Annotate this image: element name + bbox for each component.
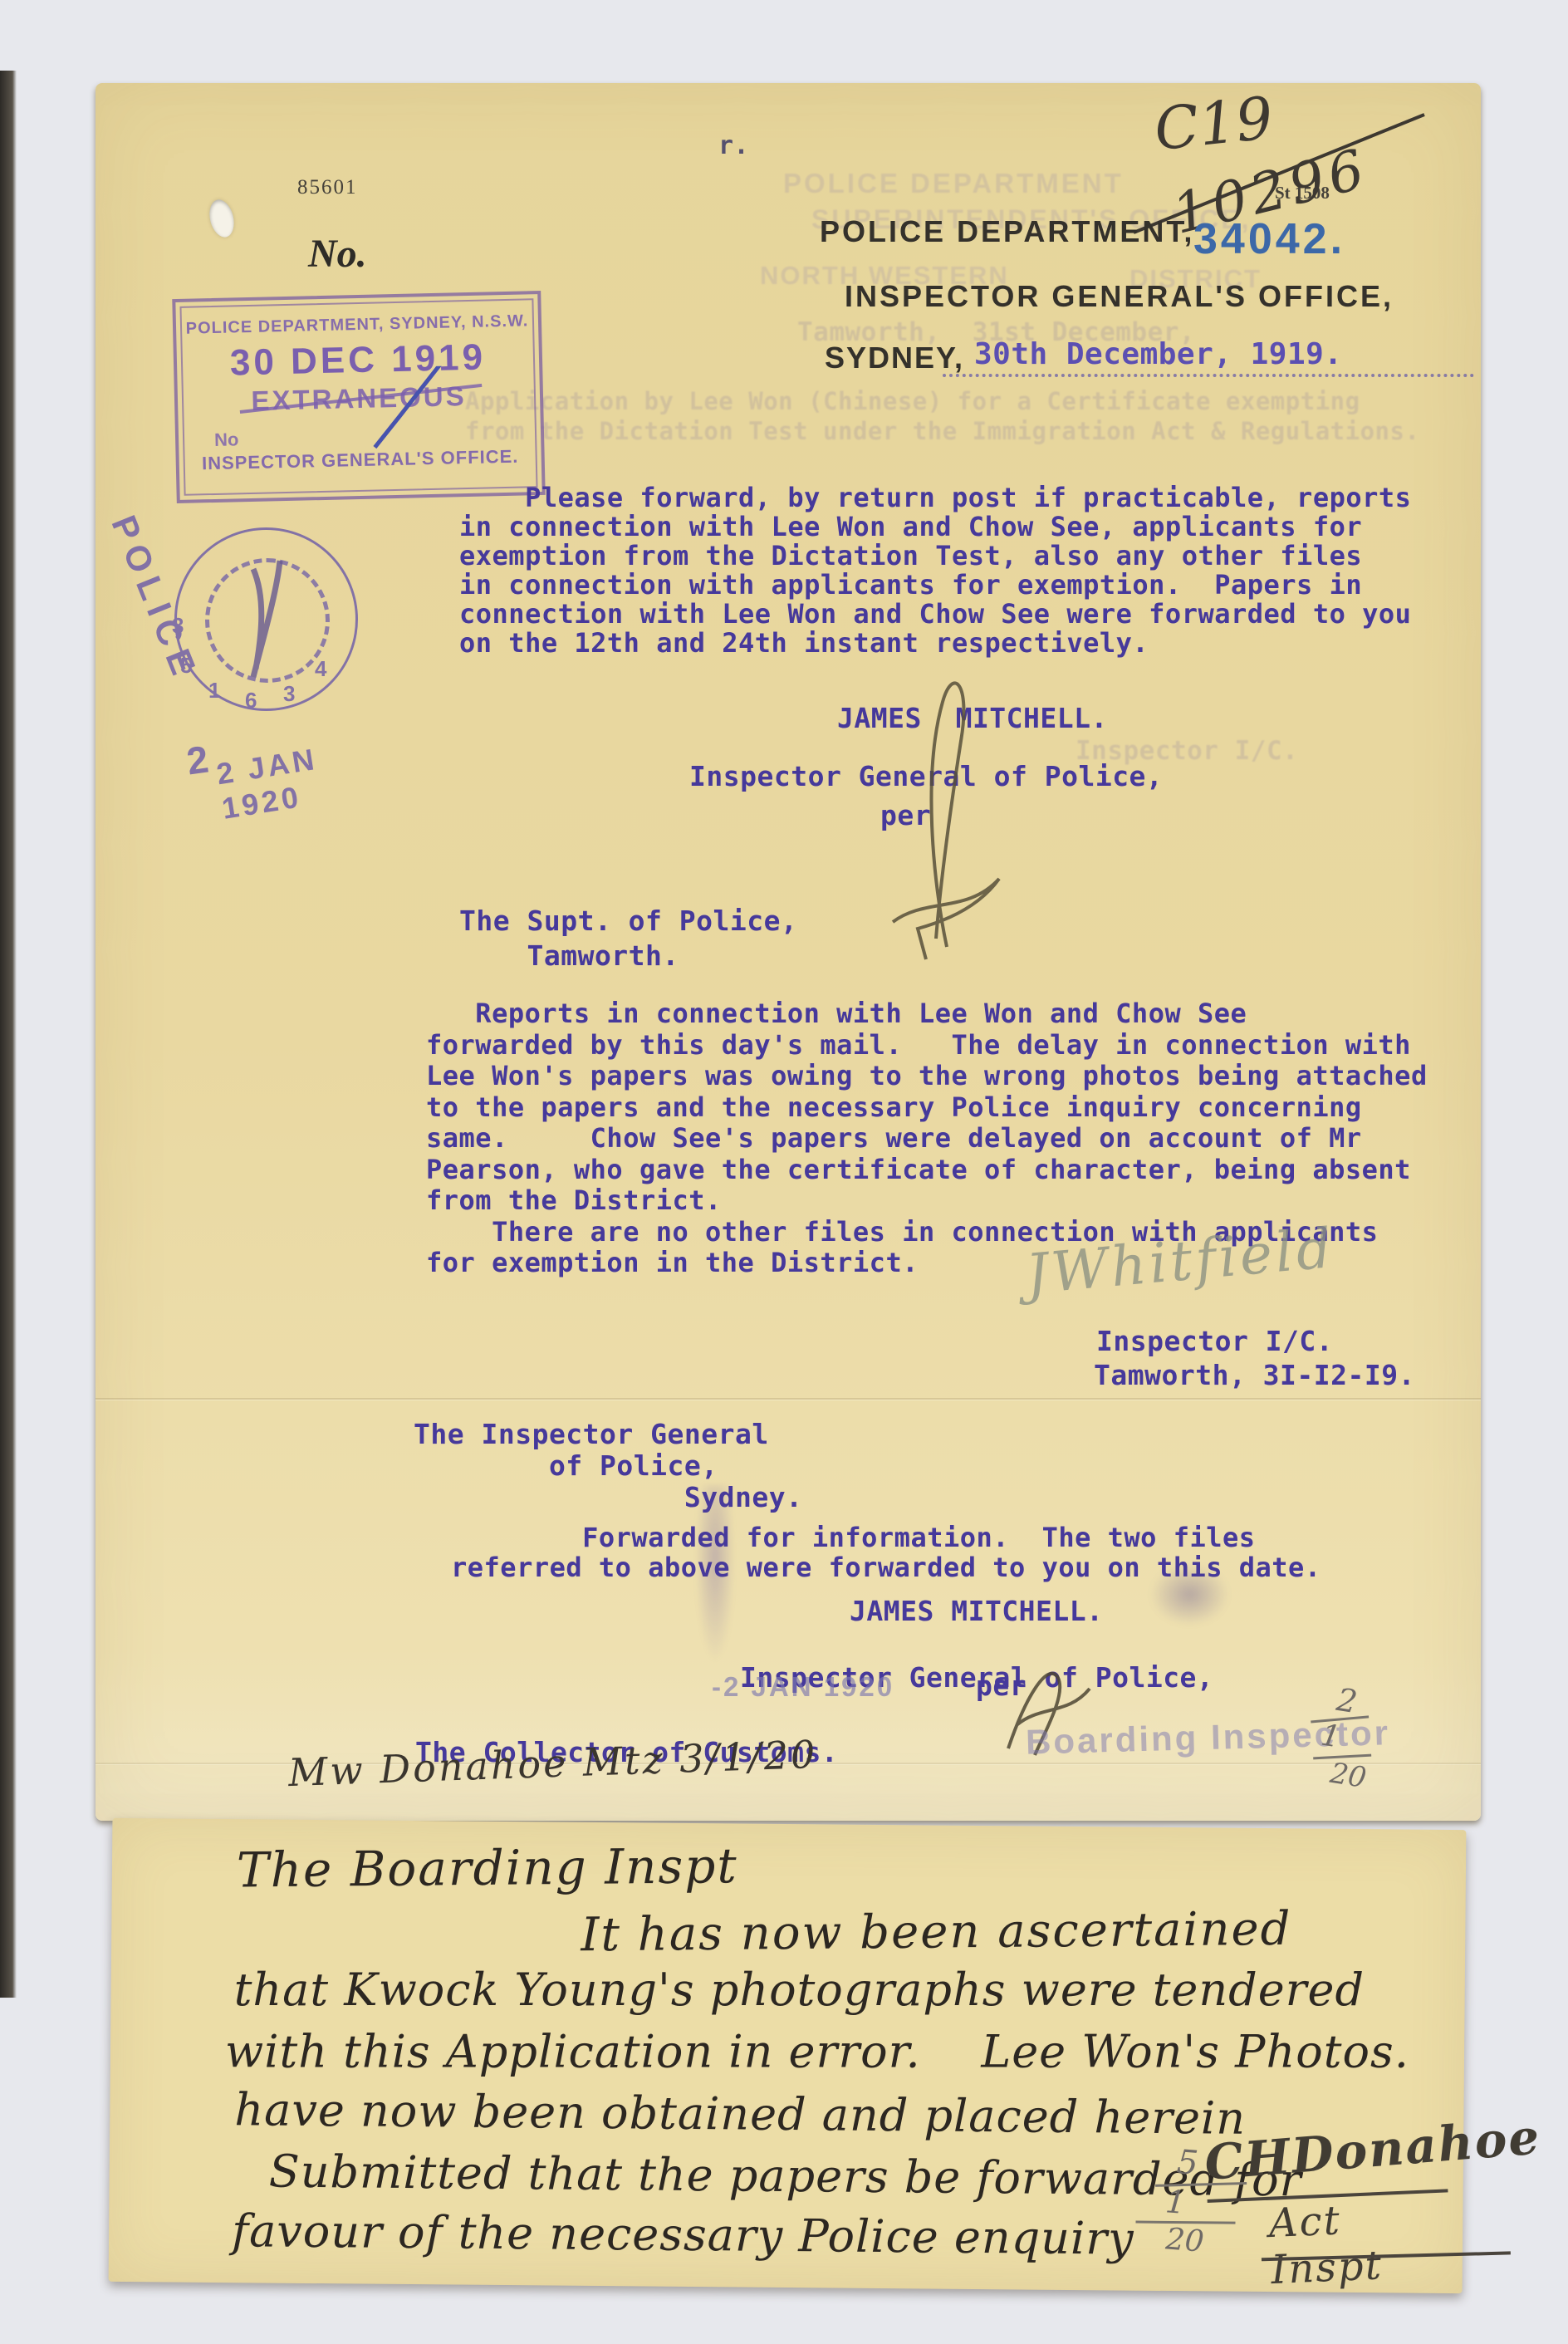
donahoe-signature: CHDonahoe xyxy=(1203,2108,1543,2191)
jan-2-1920-stamp: -2 JAN 1920 xyxy=(712,1671,894,1703)
dial-digit: 5 xyxy=(180,653,192,679)
received-stamp-extraneous-wrap: EXTRANEOUS xyxy=(251,380,467,417)
dial-stamp-date: 2 JAN 1920 xyxy=(214,728,407,826)
dial-stamp-big2: 2 xyxy=(184,736,211,783)
inspector-ic-title: Inspector I/C. xyxy=(1096,1325,1333,1357)
case-number: 34042. xyxy=(1193,214,1345,264)
ghost-line: POLICE DEPARTMENT xyxy=(783,168,1124,199)
scanned-document-screenshot: { "colors": { "paper": "#e9d9a2", "paper… xyxy=(0,0,1568,2344)
dial-digit: 3 xyxy=(172,613,184,639)
memo-page: The Boarding Inspt It has now been ascer… xyxy=(109,1818,1467,2293)
memo-line-5: have now been obtained and placed herein xyxy=(234,2083,1246,2145)
ghost-line: from the Dictation Test under the Immigr… xyxy=(465,417,1419,445)
print-number: 85601 xyxy=(297,176,358,199)
letterhead-dept: POLICE DEPARTMENT, xyxy=(820,214,1194,249)
fraction-denominator: 20 xyxy=(1164,2222,1243,2262)
donahoe-routing-note: Mw Donahoe Mtz 3/1/20 xyxy=(287,1732,818,1795)
received-stamp-no: No xyxy=(214,429,239,451)
inspector-ic-place-date: Tamworth, 3I-I2-I9. xyxy=(1094,1359,1415,1391)
memo-line-4: with this Application in error. Lee Won'… xyxy=(225,2025,1409,2077)
ink-blob xyxy=(1150,1563,1229,1626)
dial-date-stamp: POLICE 3 5 1 6 3 4 2 2 JAN 1920 xyxy=(129,515,403,797)
pen-mark xyxy=(228,552,311,685)
signatory-name-2: JAMES MITCHELL. xyxy=(850,1595,1104,1627)
fraction-bar xyxy=(1135,2221,1235,2224)
letterhead-date: 30th December, 1919. xyxy=(974,337,1342,371)
addressee-superintendent: The Supt. of Police, Tamworth. xyxy=(459,904,797,973)
letterhead-office: INSPECTOR GENERAL'S OFFICE, xyxy=(845,279,1394,314)
dial-digit: 6 xyxy=(245,688,257,713)
ghost-line: Application by Lee Won (Chinese) for a C… xyxy=(465,387,1360,415)
punch-hole xyxy=(206,197,238,239)
memo-line-3: that Kwock Young's photographs were tend… xyxy=(234,1964,1365,2016)
received-stamp-office: INSPECTOR GENERAL'S OFFICE. xyxy=(202,446,519,475)
no-label: No. xyxy=(308,231,367,277)
scanner-edge-shadow xyxy=(0,71,17,1998)
fraction-middle: 1 xyxy=(1164,2183,1247,2225)
donahoe-signature-title: Act Inspt xyxy=(1268,2192,1465,2293)
memo-line-2: It has now been ascertained xyxy=(581,1902,1292,1962)
corner-r-mark: r. xyxy=(718,131,749,160)
body-paragraph-1: Please forward, by return post if practi… xyxy=(459,483,1411,658)
dial-digit: 4 xyxy=(315,656,326,682)
memo-salutation: The Boarding Inspt xyxy=(237,1837,738,1898)
dial-digit: 1 xyxy=(208,678,220,704)
fold-crease xyxy=(96,1398,1481,1400)
addressee-inspector-general: The Inspector General of Police, Sydney. xyxy=(414,1419,802,1513)
letter-page: POLICE DEPARTMENT SUPERINTENDENT'S OFFIC… xyxy=(96,83,1481,1821)
fraction-denominator: 20 xyxy=(1328,1757,1371,1796)
signature-flourish-1 xyxy=(868,664,1026,964)
memo-line-6: Submitted that the papers be forwarded f… xyxy=(268,2145,1301,2207)
received-stamp-header: POLICE DEPARTMENT, SYDNEY, N.S.W. xyxy=(185,311,528,338)
memo-line-7: favour of the necessary Police enquiry xyxy=(232,2204,1134,2264)
received-stamp: POLICE DEPARTMENT, SYDNEY, N.S.W. 30 DEC… xyxy=(172,291,545,503)
date-fraction-1: 2 1 20 xyxy=(1300,1678,1383,1796)
